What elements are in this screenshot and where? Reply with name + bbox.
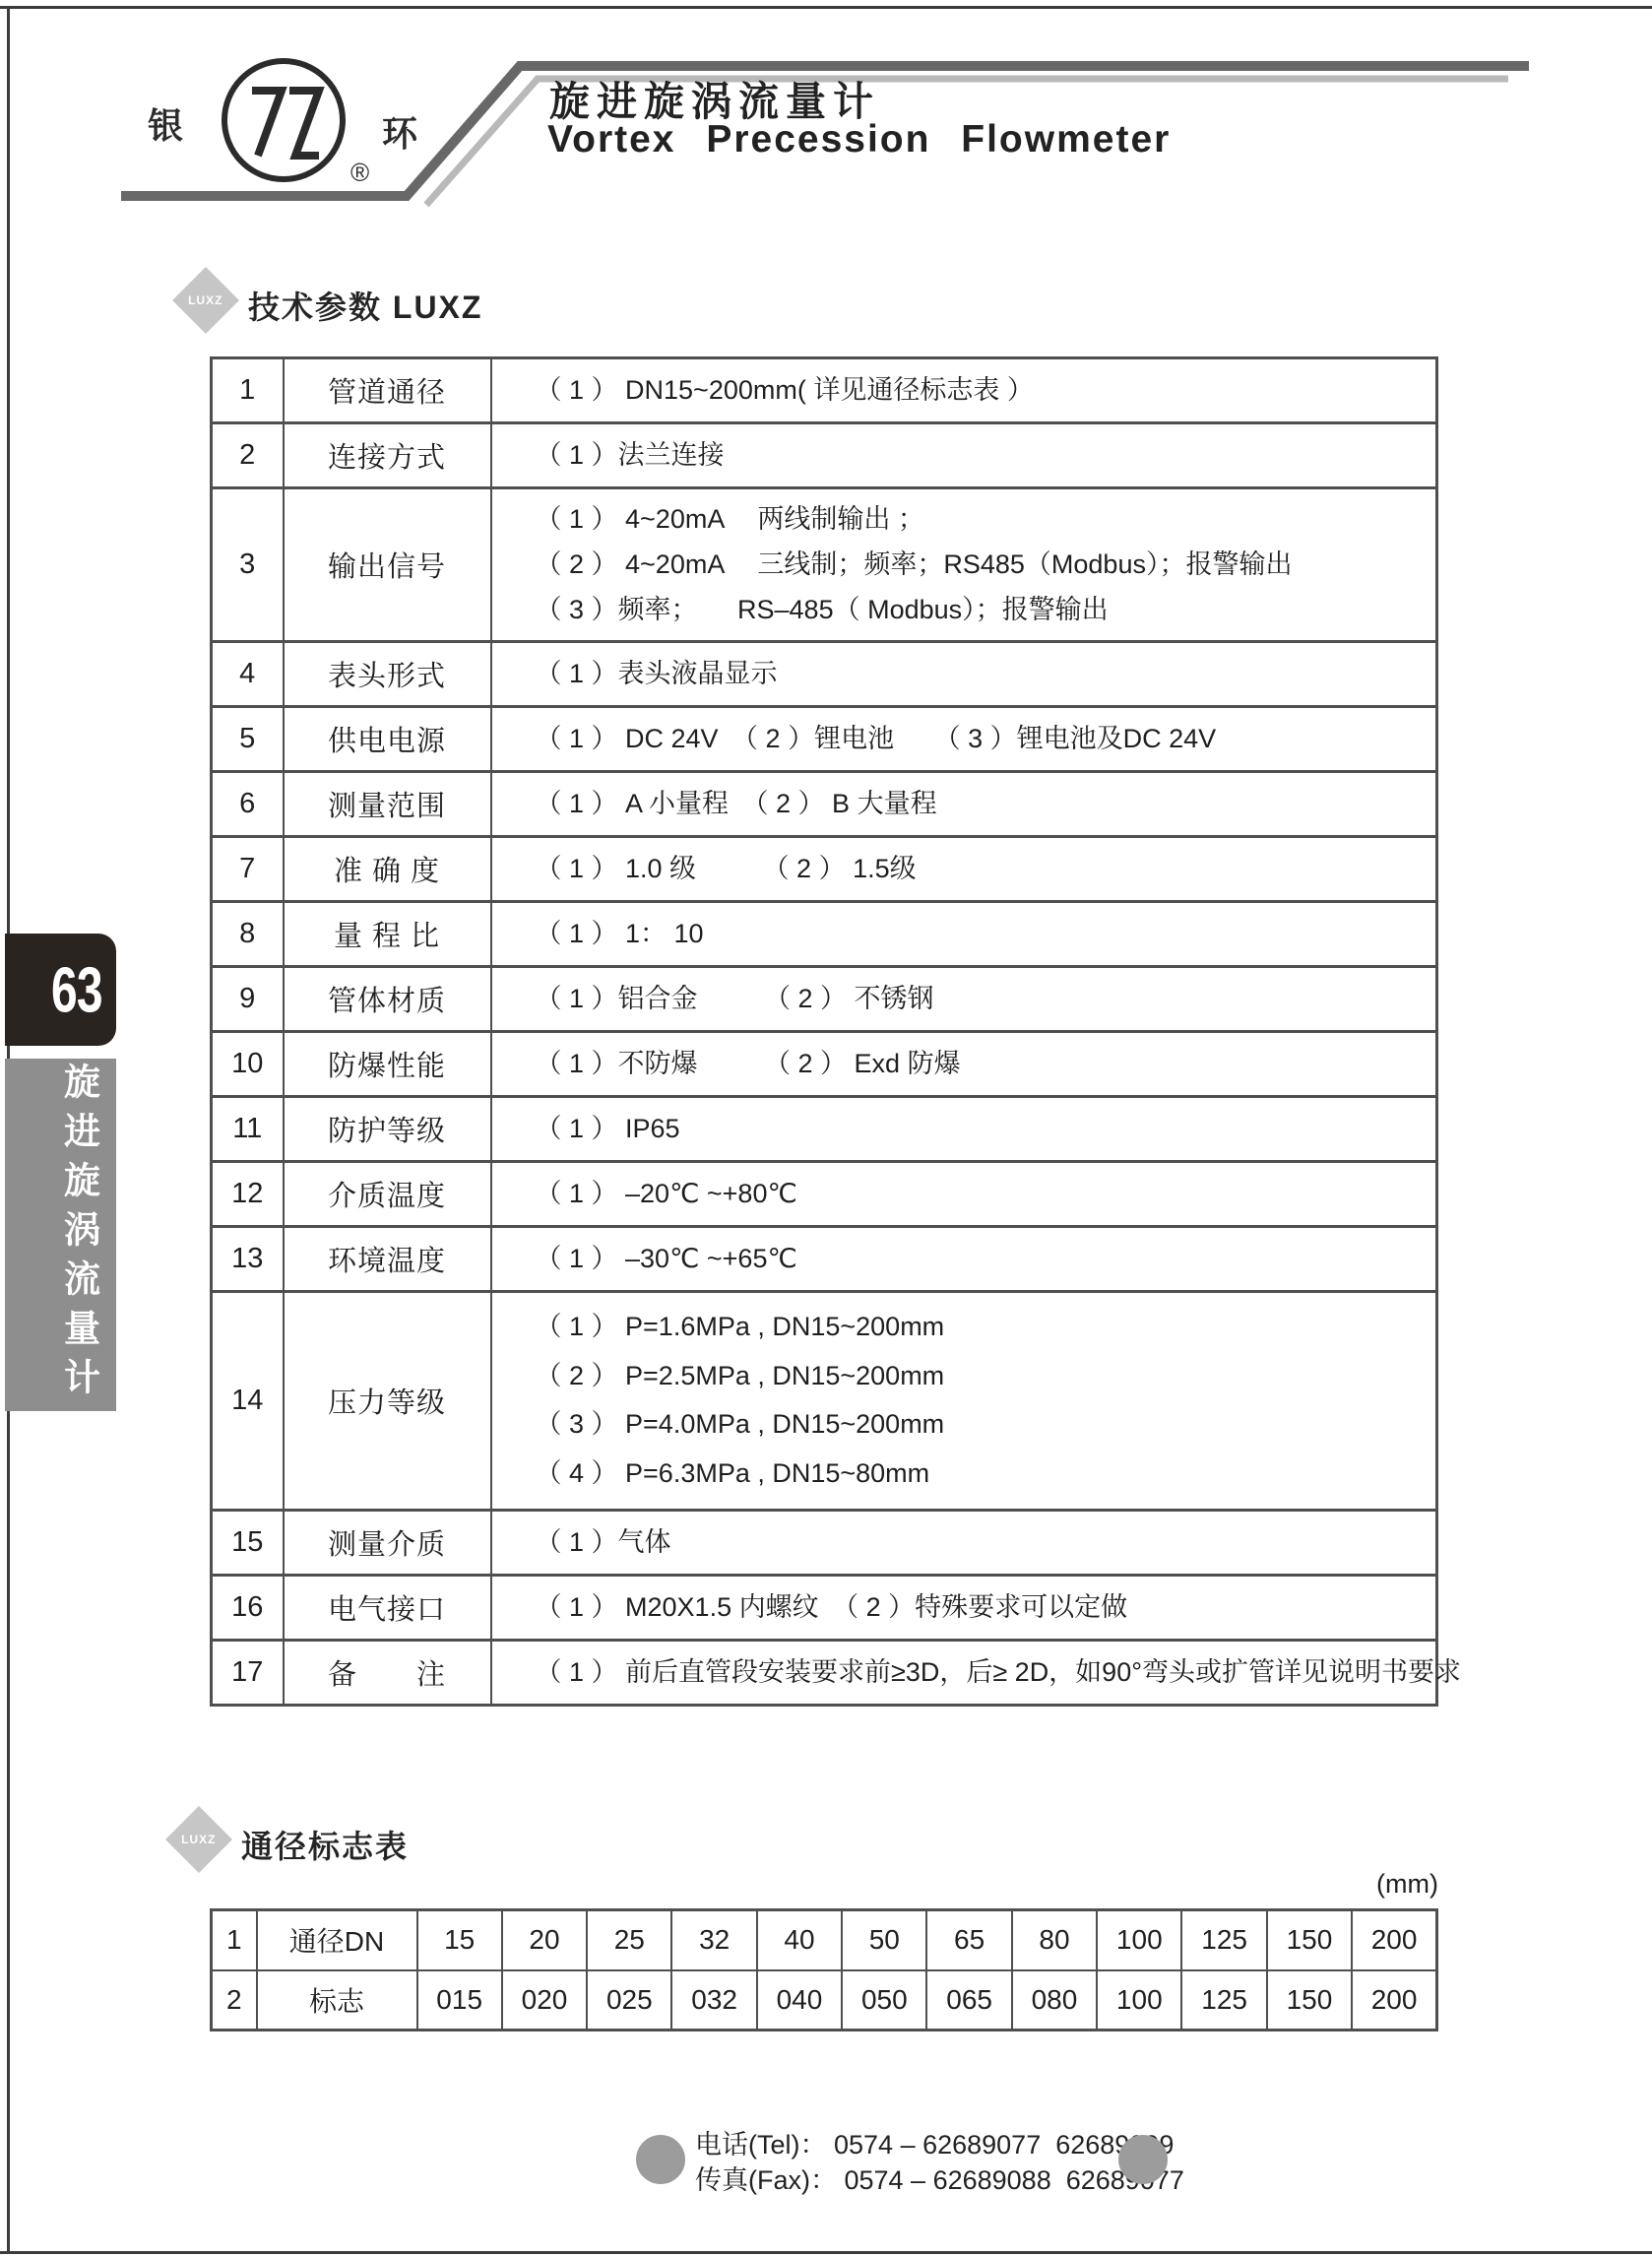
spec-row-label: 备 注 xyxy=(284,1641,491,1706)
spec-row-8: 8量 程 比（ 1 ） 1： 10 xyxy=(212,902,1437,967)
spec-row-label: 测量介质 xyxy=(284,1511,491,1576)
spec-row-label: 测量范围 xyxy=(284,772,491,837)
spec-value-line: （ 3 ）频率； RS–485（ Modbus）；报警输出 xyxy=(536,594,1436,627)
dn-row-2: 2标志015020025032040050065080100125150200 xyxy=(212,1970,1437,2031)
spec-row-number: 3 xyxy=(212,488,284,642)
spec-value-line: （ 1 ） A 小量程 （ 2 ） B 大量程 xyxy=(536,788,1436,821)
spec-row-9: 9管体材质（ 1 ）铝合金 （ 2 ） 不锈钢 xyxy=(212,967,1437,1032)
spec-table: 1管道通径（ 1 ） DN15~200mm( 详见通径标志表 ）2连接方式（ 1… xyxy=(210,356,1438,1707)
spec-row-value: （ 1 ） 1： 10 xyxy=(491,902,1437,967)
dn-cell-value: 150 xyxy=(1267,1970,1352,2031)
spec-row-label: 电气接口 xyxy=(284,1576,491,1641)
dn-cell-value: 015 xyxy=(417,1970,502,2031)
page-number: 63 xyxy=(51,953,102,1027)
spec-value-line: （ 1 ） –20℃ ~+80℃ xyxy=(536,1178,1436,1211)
dn-cell-value: 80 xyxy=(1012,1910,1097,1970)
spec-row-value: （ 1 ）法兰连接 xyxy=(491,423,1437,488)
dn-cell-value: 32 xyxy=(671,1910,756,1970)
dn-cell-value: 065 xyxy=(926,1970,1011,2031)
spec-row-number: 7 xyxy=(212,837,284,902)
spec-row-label: 压力等级 xyxy=(284,1292,491,1511)
dn-cell-value: 200 xyxy=(1352,1910,1436,1970)
spec-row-value: （ 1 ） 1.0 级 （ 2 ） 1.5级 xyxy=(491,837,1437,902)
spec-row-value: （ 1 ） –30℃ ~+65℃ xyxy=(491,1227,1437,1292)
spec-value-line: （ 1 ）气体 xyxy=(536,1526,1436,1560)
spec-value-line: （ 1 ） DN15~200mm( 详见通径标志表 ） xyxy=(536,374,1436,408)
catalog-page: 银 环 ® 旋进旋涡流量计 Vortex Precession Flowmete… xyxy=(0,0,1652,2257)
dn-cell-value: 40 xyxy=(757,1910,842,1970)
dn-cell-value: 100 xyxy=(1097,1910,1181,1970)
spec-row-number: 13 xyxy=(212,1227,284,1292)
spec-row-10: 10防爆性能（ 1 ）不防爆 （ 2 ） Exd 防爆 xyxy=(212,1032,1437,1097)
page-number-tab: 63 xyxy=(5,934,116,1046)
spec-row-3: 3输出信号（ 1 ） 4~20mA 两线制输出 ；（ 2 ） 4~20mA 三线… xyxy=(212,488,1437,642)
spec-value-line: （ 1 ） –30℃ ~+65℃ xyxy=(536,1243,1436,1276)
spec-row-number: 9 xyxy=(212,967,284,1032)
spec-row-4: 4表头形式（ 1 ）表头液晶显示 xyxy=(212,642,1437,707)
dn-cell-value: 20 xyxy=(502,1910,587,1970)
spec-row-1: 1管道通径（ 1 ） DN15~200mm( 详见通径标志表 ） xyxy=(212,358,1437,423)
spec-row-value: （ 1 ） 4~20mA 两线制输出 ；（ 2 ） 4~20mA 三线制；频率；… xyxy=(491,488,1437,642)
spec-row-number: 14 xyxy=(212,1292,284,1511)
spec-row-number: 6 xyxy=(212,772,284,837)
spec-row-number: 12 xyxy=(212,1162,284,1227)
spec-row-label: 管体材质 xyxy=(284,967,491,1032)
dn-row-number: 2 xyxy=(212,1970,257,2031)
spec-row-7: 7准 确 度（ 1 ） 1.0 级 （ 2 ） 1.5级 xyxy=(212,837,1437,902)
dn-row-label: 通径DN xyxy=(257,1910,417,1970)
page-border-bottom xyxy=(0,2251,1652,2254)
spec-row-label: 介质温度 xyxy=(284,1162,491,1227)
brand-logo-icon xyxy=(215,51,352,194)
spec-row-value: （ 1 ） –20℃ ~+80℃ xyxy=(491,1162,1437,1227)
spec-row-12: 12介质温度（ 1 ） –20℃ ~+80℃ xyxy=(212,1162,1437,1227)
spec-row-number: 11 xyxy=(212,1097,284,1162)
registered-trademark-icon: ® xyxy=(350,158,369,188)
dn-row-label: 标志 xyxy=(257,1970,417,2031)
spec-row-value: （ 1 ） A 小量程 （ 2 ） B 大量程 xyxy=(491,772,1437,837)
spec-row-label: 管道通径 xyxy=(284,358,491,423)
spec-value-line: （ 1 ）不防爆 （ 2 ） Exd 防爆 xyxy=(536,1048,1436,1081)
spec-row-number: 10 xyxy=(212,1032,284,1097)
spec-row-value: （ 1 ）不防爆 （ 2 ） Exd 防爆 xyxy=(491,1032,1437,1097)
spec-value-line: （ 3 ） P=4.0MPa , DN15~200mm xyxy=(536,1408,1436,1442)
dn-cell-value: 040 xyxy=(757,1970,842,2031)
brand-char-left: 银 xyxy=(148,98,183,149)
spec-value-line: （ 1 ） M20X1.5 内螺纹 （ 2 ）特殊要求可以定做 xyxy=(536,1591,1436,1625)
luxz-diamond-badge: LUXZ xyxy=(172,267,239,334)
dn-cell-value: 080 xyxy=(1012,1970,1097,2031)
dn-cell-value: 125 xyxy=(1181,1910,1266,1970)
dn-table: 1通径DN15202532405065801001251502002标志0150… xyxy=(210,1908,1438,2031)
footer-contact: 电话(Tel)： 0574 – 62689077 62689099 传真(Fax… xyxy=(695,2127,1184,2198)
luxz-badge-label: LUXZ xyxy=(181,1833,216,1846)
luxz-diamond-badge: LUXZ xyxy=(165,1806,232,1873)
spec-value-line: （ 1 ） 前后直管段安装要求前≥3D，后≥ 2D，如90°弯头或扩管详见说明书… xyxy=(536,1656,1436,1690)
spec-row-label: 供电电源 xyxy=(284,707,491,772)
spec-row-value: （ 1 ） IP65 xyxy=(491,1097,1437,1162)
spec-row-value: （ 1 ）铝合金 （ 2 ） 不锈钢 xyxy=(491,967,1437,1032)
sidebar-category-label: 旋进旋涡流量计 xyxy=(52,1063,105,1407)
spec-value-line: （ 1 ） 1.0 级 （ 2 ） 1.5级 xyxy=(536,853,1436,886)
spec-row-value: （ 1 ） M20X1.5 内螺纹 （ 2 ）特殊要求可以定做 xyxy=(491,1576,1437,1641)
spec-row-13: 13环境温度（ 1 ） –30℃ ~+65℃ xyxy=(212,1227,1437,1292)
spec-row-number: 2 xyxy=(212,423,284,488)
spec-row-6: 6测量范围（ 1 ） A 小量程 （ 2 ） B 大量程 xyxy=(212,772,1437,837)
spec-value-line: （ 2 ） 4~20mA 三线制；频率；RS485（Modbus）；报警输出 xyxy=(536,548,1436,582)
spec-row-number: 17 xyxy=(212,1641,284,1706)
dn-cell-value: 050 xyxy=(842,1970,926,2031)
dn-cell-value: 125 xyxy=(1181,1970,1266,2031)
spec-row-label: 准 确 度 xyxy=(284,837,491,902)
dn-cell-value: 020 xyxy=(502,1970,587,2031)
brand-char-right: 环 xyxy=(382,106,417,157)
spec-row-15: 15测量介质（ 1 ）气体 xyxy=(212,1511,1437,1576)
spec-row-17: 17备 注（ 1 ） 前后直管段安装要求前≥3D，后≥ 2D，如90°弯头或扩管… xyxy=(212,1641,1437,1706)
spec-row-number: 8 xyxy=(212,902,284,967)
spec-value-line: （ 1 ）铝合金 （ 2 ） 不锈钢 xyxy=(536,983,1436,1016)
spec-value-line: （ 1 ） IP65 xyxy=(536,1113,1436,1146)
footer-dot-right xyxy=(1118,2135,1168,2184)
spec-row-14: 14压力等级（ 1 ） P=1.6MPa , DN15~200mm（ 2 ） P… xyxy=(212,1292,1437,1511)
spec-table-container: 1管道通径（ 1 ） DN15~200mm( 详见通径标志表 ）2连接方式（ 1… xyxy=(210,356,1438,1707)
spec-row-label: 防护等级 xyxy=(284,1097,491,1162)
dn-table-unit-label: (mm) xyxy=(1300,1869,1438,1900)
spec-value-line: （ 2 ） P=2.5MPa , DN15~200mm xyxy=(536,1360,1436,1393)
spec-value-line: （ 1 ） DC 24V （ 2 ）锂电池 （ 3 ）锂电池及DC 24V xyxy=(536,723,1436,756)
spec-row-5: 5供电电源（ 1 ） DC 24V （ 2 ）锂电池 （ 3 ）锂电池及DC 2… xyxy=(212,707,1437,772)
page-title-en: Vortex Precession Flowmeter xyxy=(547,118,1171,161)
section-title-tech-params: 技术参数 LUXZ xyxy=(248,283,482,328)
spec-row-number: 4 xyxy=(212,642,284,707)
dn-cell-value: 50 xyxy=(842,1910,926,1970)
spec-row-value: （ 1 ） DC 24V （ 2 ）锂电池 （ 3 ）锂电池及DC 24V xyxy=(491,707,1437,772)
spec-row-value: （ 1 ） DN15~200mm( 详见通径标志表 ） xyxy=(491,358,1437,423)
dn-cell-value: 150 xyxy=(1267,1910,1352,1970)
spec-row-value: （ 1 ） 前后直管段安装要求前≥3D，后≥ 2D，如90°弯头或扩管详见说明书… xyxy=(491,1641,1437,1706)
section-title-dn-marking: 通径标志表 xyxy=(241,1822,409,1867)
spec-value-line: （ 4 ） P=6.3MPa , DN15~80mm xyxy=(536,1457,1436,1491)
spec-row-label: 防爆性能 xyxy=(284,1032,491,1097)
footer-dot-left xyxy=(636,2135,685,2184)
spec-row-label: 量 程 比 xyxy=(284,902,491,967)
spec-row-value: （ 1 ）气体 xyxy=(491,1511,1437,1576)
spec-row-value: （ 1 ） P=1.6MPa , DN15~200mm（ 2 ） P=2.5MP… xyxy=(491,1292,1437,1511)
dn-table-container: 1通径DN15202532405065801001251502002标志0150… xyxy=(210,1908,1438,2031)
spec-value-line: （ 1 ） 1： 10 xyxy=(536,918,1436,951)
spec-value-line: （ 1 ）表头液晶显示 xyxy=(536,658,1436,691)
footer-tel: 电话(Tel)： 0574 – 62689077 62689099 xyxy=(695,2127,1184,2162)
spec-row-value: （ 1 ）表头液晶显示 xyxy=(491,642,1437,707)
sidebar-category-tab: 旋进旋涡流量计 xyxy=(5,1059,116,1411)
spec-row-number: 1 xyxy=(212,358,284,423)
dn-cell-value: 15 xyxy=(417,1910,502,1970)
spec-row-label: 表头形式 xyxy=(284,642,491,707)
dn-cell-value: 100 xyxy=(1097,1970,1181,2031)
spec-value-line: （ 1 ） P=1.6MPa , DN15~200mm xyxy=(536,1311,1436,1344)
luxz-badge-label: LUXZ xyxy=(188,293,222,307)
spec-row-16: 16电气接口（ 1 ） M20X1.5 内螺纹 （ 2 ）特殊要求可以定做 xyxy=(212,1576,1437,1641)
dn-cell-value: 25 xyxy=(587,1910,671,1970)
dn-cell-value: 025 xyxy=(587,1970,671,2031)
dn-cell-value: 032 xyxy=(671,1970,756,2031)
spec-row-number: 5 xyxy=(212,707,284,772)
spec-row-number: 15 xyxy=(212,1511,284,1576)
dn-row-number: 1 xyxy=(212,1910,257,1970)
footer-fax: 传真(Fax)： 0574 – 62689088 62689077 xyxy=(695,2162,1184,2198)
dn-cell-value: 200 xyxy=(1352,1970,1436,2031)
spec-value-line: （ 1 ） 4~20mA 两线制输出 ； xyxy=(536,503,1436,537)
spec-row-2: 2连接方式（ 1 ）法兰连接 xyxy=(212,423,1437,488)
dn-cell-value: 65 xyxy=(926,1910,1011,1970)
dn-row-1: 1通径DN1520253240506580100125150200 xyxy=(212,1910,1437,1970)
spec-row-11: 11防护等级（ 1 ） IP65 xyxy=(212,1097,1437,1162)
spec-row-number: 16 xyxy=(212,1576,284,1641)
spec-row-label: 输出信号 xyxy=(284,488,491,642)
spec-row-label: 环境温度 xyxy=(284,1227,491,1292)
spec-value-line: （ 1 ）法兰连接 xyxy=(536,439,1436,473)
spec-row-label: 连接方式 xyxy=(284,423,491,488)
